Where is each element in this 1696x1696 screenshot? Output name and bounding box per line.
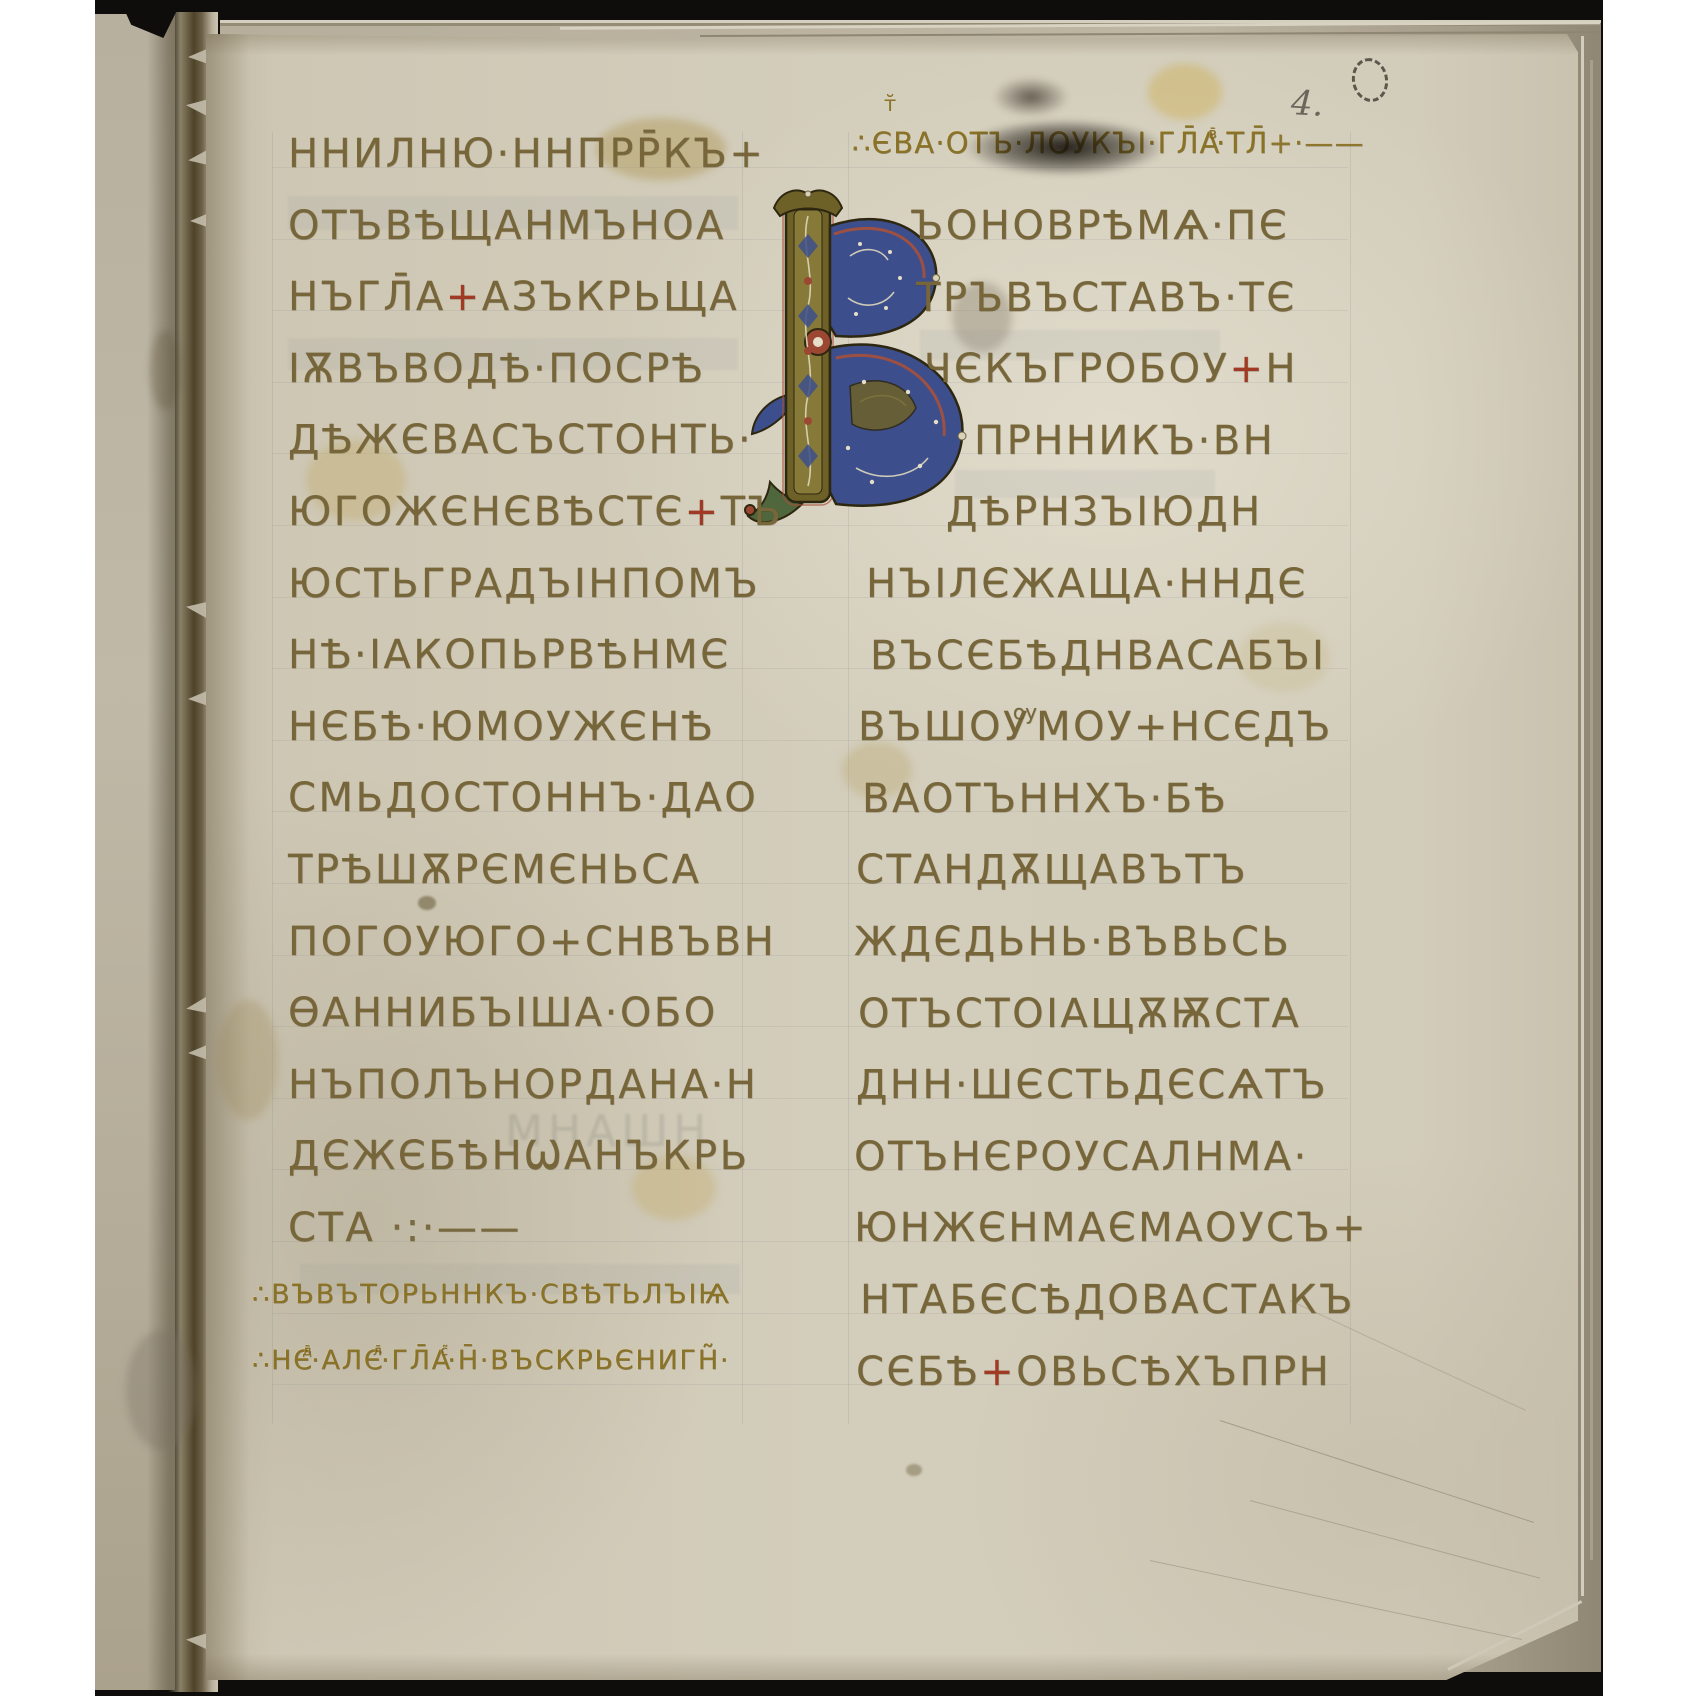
header-ornament-mark: т̆: [884, 92, 896, 116]
ink-speck: [906, 1464, 922, 1476]
text-line: ННИЛНЮ·ННПРР̄КЪ+: [288, 118, 783, 190]
text-line: СМЬДОСТОННЪ·ДАО: [288, 762, 783, 834]
text-line: ДѢРНЗЪІЮДН: [852, 476, 1368, 548]
text-line: ІѪВЪВОДѢ·ПОСРѢ: [288, 333, 783, 405]
ink-smudge: [976, 68, 1086, 126]
text-line: ∴НЄд̄·АЛЄл̄·ГЛ̄Ас̃·Н̄·ВЪСКРЬЄНИГН̃·: [252, 1328, 731, 1394]
stain: [126, 1330, 196, 1450]
left-text-column: ННИЛНЮ·ННПРР̄КЪ+ОТЪВѢЩАНМЪНОАНЪГЛ̄А+АЗЪК…: [288, 118, 783, 1264]
text-line: НЪПОЛЪНОРДАНА·Н: [288, 1049, 783, 1121]
text-line: СЄБѢ+ОВЬСѢХЪПРН: [852, 1336, 1368, 1408]
text-line: СТА ·:·——: [288, 1192, 783, 1264]
right-text-column: ЪОНОВРѢМѦ·ПЄТРЪВЪСТАВЪ·ТЄЧЄКЪГРОБОУ+НПРН…: [852, 190, 1368, 1407]
text-line: ОТЪВѢЩАНМЪНОА: [288, 190, 783, 262]
left-column-rubric: ∴ВЪВЪТОРЬННКЪ·СВѢТЬЛЪІѨ∴НЄд̄·АЛЄл̄·ГЛ̄Ас…: [252, 1262, 731, 1394]
ruling-line-vertical: [272, 132, 273, 1424]
text-line: ТРѢШѪРЄМЄНЬСА: [288, 834, 783, 906]
text-line: ОТЪНЄРОУСАЛНМА·: [852, 1121, 1368, 1193]
text-line: СТАНДѪЩАВЪТЪ: [852, 834, 1368, 906]
stain: [150, 330, 180, 410]
text-line: НЪІЛЄЖАЩА·ННДЄ: [852, 548, 1368, 620]
text-line: ВАОТЪННХЪ·БѢ: [852, 763, 1368, 835]
text-line: ПРННИКЪ·ВН: [852, 405, 1368, 477]
text-line: ЮГОЖЄНЄВѢСТЄ+ТЪ: [288, 476, 783, 548]
text-line: ПОГОУЮГО+СНВЪВН: [288, 906, 783, 978]
page-edge-line: [1581, 36, 1584, 1596]
text-line: ДЄЖЄБѢНѠАНЪКРЬ: [288, 1120, 783, 1192]
text-line: НЪГЛ̄А+АЗЪКРЬЩА: [288, 261, 783, 333]
manuscript-photo-page: НШАНМ: [0, 0, 1696, 1696]
stain: [218, 1000, 278, 1120]
text-line: ∴ВЪВЪТОРЬННКЪ·СВѢТЬЛЪІѨ: [252, 1262, 731, 1328]
page-edge-line: [1590, 60, 1593, 1560]
text-line: ДНН·ШЄСТЬДЄСѦТЪ: [852, 1049, 1368, 1121]
text-line: ОТЪСТОІАЩѪѬСТА: [852, 978, 1368, 1050]
text-line: ѲАННИБЪІША·ОБО: [288, 977, 783, 1049]
text-line: НЄБѢ·ЮМОУЖЄНѢ: [288, 691, 783, 763]
text-line: ВЪСЄБѢДНВАСАБЪІ: [852, 620, 1368, 692]
text-line: ЧЄКЪГРОБОУ+Н: [852, 333, 1368, 405]
folio-number: 4.: [1290, 83, 1325, 125]
text-line: ЪОНОВРѢМѦ·ПЄ: [852, 190, 1368, 262]
text-line: ТРЪВЪСТАВЪ·ТЄ: [852, 262, 1368, 334]
text-line: НѢ·ІАКОПЬРВѢНМЄ: [288, 619, 783, 691]
text-line: ЮНЖЄНМАЄМАОУСЪ+: [852, 1192, 1368, 1264]
text-line: ЮСТЬГРАДЪІНПОМЪ: [288, 548, 783, 620]
text-line: ЖДЄДЬНЬ·ВЪВЬСЬ: [852, 906, 1368, 978]
text-line: ДѢЖЄВАСЪСТОНТЬ·: [288, 404, 783, 476]
text-line: НТАБЄСѢДОВАСТАКЪ: [852, 1264, 1368, 1336]
text-line: ВЪШОУоуМОУ+НСЄДЪ: [852, 691, 1368, 763]
gutter-shadow: [206, 34, 250, 1680]
